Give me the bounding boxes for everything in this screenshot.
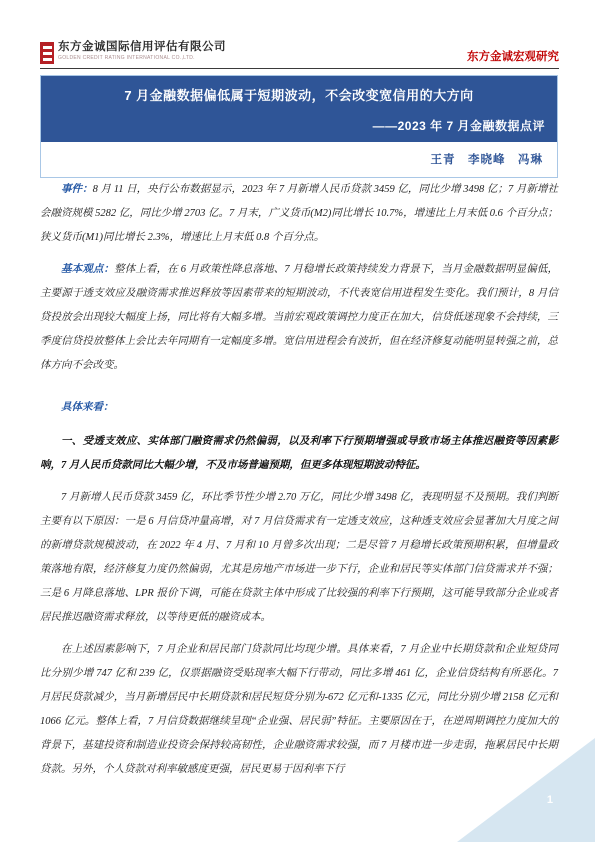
company-seal-icon — [40, 42, 54, 64]
event-label: 事件： — [61, 184, 93, 195]
page-header: 东方金诚国际信用评估有限公司 GOLDEN CREDIT RATING INTE… — [40, 38, 559, 64]
report-body: 事件：8 月 11 日，央行公布数据显示，2023 年 7 月新增人民币贷款 3… — [40, 178, 558, 790]
header-divider — [40, 68, 559, 69]
detail-section-label: 具体来看： — [40, 396, 558, 420]
company-logo: 东方金诚国际信用评估有限公司 GOLDEN CREDIT RATING INTE… — [40, 42, 226, 64]
series-label: 东方金诚宏观研究 — [467, 48, 559, 64]
title-bar: 7 月金融数据偏低属于短期波动，不会改变宽信用的大方向 ——2023 年 7 月… — [41, 76, 557, 142]
section-1-heading: 一、受透支效应、实体部门融资需求仍然偏弱，以及利率下行预期增强或导致市场主体推迟… — [40, 430, 558, 478]
key-view-label: 基本观点： — [61, 264, 114, 275]
company-name-en: GOLDEN CREDIT RATING INTERNATIONAL CO.,L… — [58, 56, 226, 61]
report-title: 7 月金融数据偏低属于短期波动，不会改变宽信用的大方向 — [53, 85, 545, 104]
key-view-text: 整体上看，在 6 月政策性降息落地、7 月稳增长政策持续发力背景下，当月金融数据… — [40, 264, 558, 371]
company-name-block: 东方金诚国际信用评估有限公司 GOLDEN CREDIT RATING INTE… — [58, 42, 226, 61]
report-page: 东方金诚国际信用评估有限公司 GOLDEN CREDIT RATING INTE… — [0, 0, 595, 842]
report-subtitle: ——2023 年 7 月金融数据点评 — [53, 117, 545, 134]
page-number: 1 — [547, 794, 553, 806]
company-name: 东方金诚国际信用评估有限公司 — [58, 42, 226, 54]
title-block: 7 月金融数据偏低属于短期波动，不会改变宽信用的大方向 ——2023 年 7 月… — [40, 75, 558, 178]
authors: 王青 李晓峰 冯琳 — [41, 142, 557, 177]
event-paragraph: 事件：8 月 11 日，央行公布数据显示，2023 年 7 月新增人民币贷款 3… — [40, 178, 558, 250]
event-text: 8 月 11 日，央行公布数据显示，2023 年 7 月新增人民币贷款 3459… — [40, 184, 558, 243]
analysis-paragraph-2: 在上述因素影响下，7 月企业和居民部门贷款同比均现少增。具体来看，7 月企业中长… — [40, 638, 558, 782]
analysis-paragraph-1: 7 月新增人民币贷款 3459 亿，环比季节性少增 2.70 万亿，同比少增 3… — [40, 486, 558, 630]
key-view-paragraph: 基本观点：整体上看，在 6 月政策性降息落地、7 月稳增长政策持续发力背景下，当… — [40, 258, 558, 378]
detail-label: 具体来看： — [61, 402, 114, 413]
